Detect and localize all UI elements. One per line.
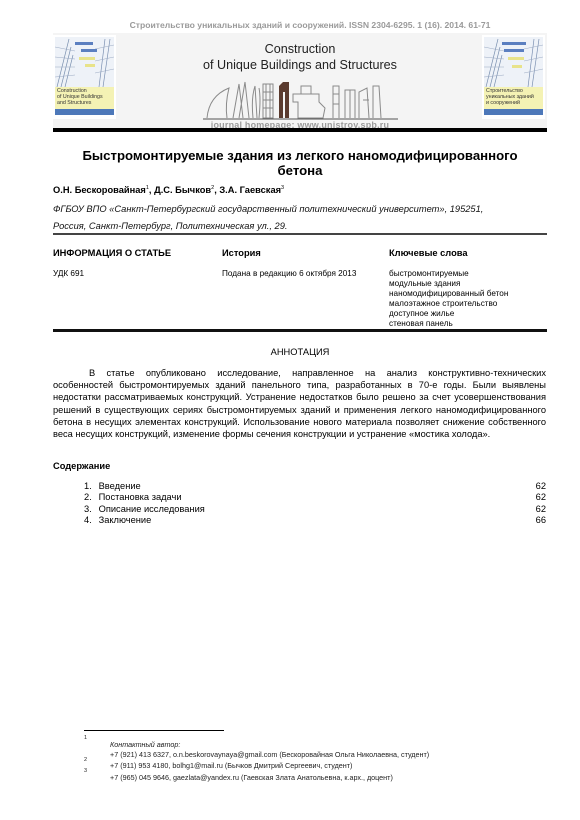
contents-item-label: Описание исследования: [99, 504, 205, 514]
contents-item-number: 3.: [84, 504, 96, 515]
journal-cover-russian: Строительство уникальных зданий и сооруж…: [482, 35, 545, 119]
contents-item[interactable]: 3. Описание исследования 62: [84, 504, 546, 515]
contents-item-page: 62: [536, 504, 546, 515]
author-mark: 3: [281, 185, 284, 191]
history-value: Подана в редакцию 6 октября 2013: [222, 269, 356, 279]
skyline-logo-icon: [203, 78, 398, 120]
contact-author-label: Контактный автор:: [110, 740, 180, 749]
history-heading: История: [222, 248, 261, 258]
contents-item-page: 62: [536, 492, 546, 503]
contents-item[interactable]: 1. Введение 62: [84, 481, 546, 492]
cover-title: Construction of Unique Buildings and Str…: [55, 87, 114, 109]
annotation-text: В статье опубликовано исследование, напр…: [53, 367, 546, 440]
footnote-mark: 2: [84, 757, 87, 763]
author-name: Д.С. Бычков: [154, 185, 211, 195]
keyword: наномодифицированный бетон: [389, 289, 509, 299]
cover-title-line: и сооружений: [486, 100, 541, 106]
contents-item-number: 2.: [84, 492, 96, 503]
journal-banner: Construction of Unique Buildings and Str…: [53, 33, 547, 128]
article-info-heading: ИНФОРМАЦИЯ О СТАТЬЕ: [53, 248, 171, 258]
cover-title-line: and Structures: [57, 100, 112, 106]
affiliation: ФГБОУ ВПО «Санкт-Петербургский государст…: [53, 201, 533, 235]
contents-item-number: 4.: [84, 515, 96, 526]
footnote-mark: 3: [84, 768, 87, 774]
article-title: Быстромонтируемые здания из легкого нано…: [60, 148, 540, 178]
banner-title: Construction of Unique Buildings and Str…: [53, 42, 547, 73]
contents-item[interactable]: 4. Заключение 66: [84, 515, 546, 526]
keyword: быстромонтируемые модульные здания: [389, 269, 509, 289]
cover-footer-strip: [55, 109, 114, 115]
contents-item-page: 62: [536, 481, 546, 492]
contents-item-label: Постановка задачи: [99, 492, 182, 502]
footnote-divider: [84, 730, 224, 731]
journal-citation: Строительство уникальных зданий и сооруж…: [0, 20, 580, 30]
affiliation-line1: ФГБОУ ВПО «Санкт-Петербургский государст…: [53, 201, 533, 218]
contents-heading: Содержание: [53, 461, 110, 471]
header-divider: [53, 128, 547, 132]
cover-building-image: [484, 37, 543, 89]
info-top-divider: [53, 233, 547, 235]
annotation-heading: АННОТАЦИЯ: [0, 347, 580, 357]
contents-item-label: Введение: [99, 481, 141, 491]
contents-list: 1. Введение 62 2. Постановка задачи 62 3…: [84, 481, 546, 526]
author-name: О.Н. Бескоровайная: [53, 185, 146, 195]
footnote-mark: 1: [84, 735, 87, 741]
footnote-text: +7 (921) 413 6327, o.n.beskorovaynaya@gm…: [110, 750, 429, 759]
banner-title-line1: Construction: [53, 42, 547, 58]
cover-footer-strip: [484, 109, 543, 115]
author-name: З.А. Гаевская: [219, 185, 281, 195]
keywords-list: быстромонтируемые модульные здания наном…: [389, 269, 509, 329]
keywords-heading: Ключевые слова: [389, 248, 468, 258]
annotation-body: В статье опубликовано исследование, напр…: [53, 367, 546, 440]
footnote-text: +7 (911) 953 4180, bolhg1@mail.ru (Бычко…: [110, 761, 352, 770]
contents-item-number: 1.: [84, 481, 96, 492]
banner-title-line2: of Unique Buildings and Structures: [53, 58, 547, 74]
cover-title: Строительство уникальных зданий и сооруж…: [484, 87, 543, 109]
contents-item-page: 66: [536, 515, 546, 526]
keyword: стеновая панель: [389, 319, 509, 329]
udk-value: УДК 691: [53, 269, 84, 279]
keyword: доступное жилье: [389, 309, 509, 319]
author-mark: 1: [146, 185, 149, 191]
author-mark: 2: [211, 185, 214, 191]
keyword: малоэтажное строительство: [389, 299, 509, 309]
authors-line: О.Н. Бескоровайная1, Д.С. Бычков2, З.А. …: [53, 185, 284, 195]
contents-item-label: Заключение: [99, 515, 152, 525]
info-bottom-divider: [53, 329, 547, 332]
footnote-text: +7 (965) 045 9646, gaezlata@yandex.ru (Г…: [110, 773, 393, 782]
contents-item[interactable]: 2. Постановка задачи 62: [84, 492, 546, 503]
